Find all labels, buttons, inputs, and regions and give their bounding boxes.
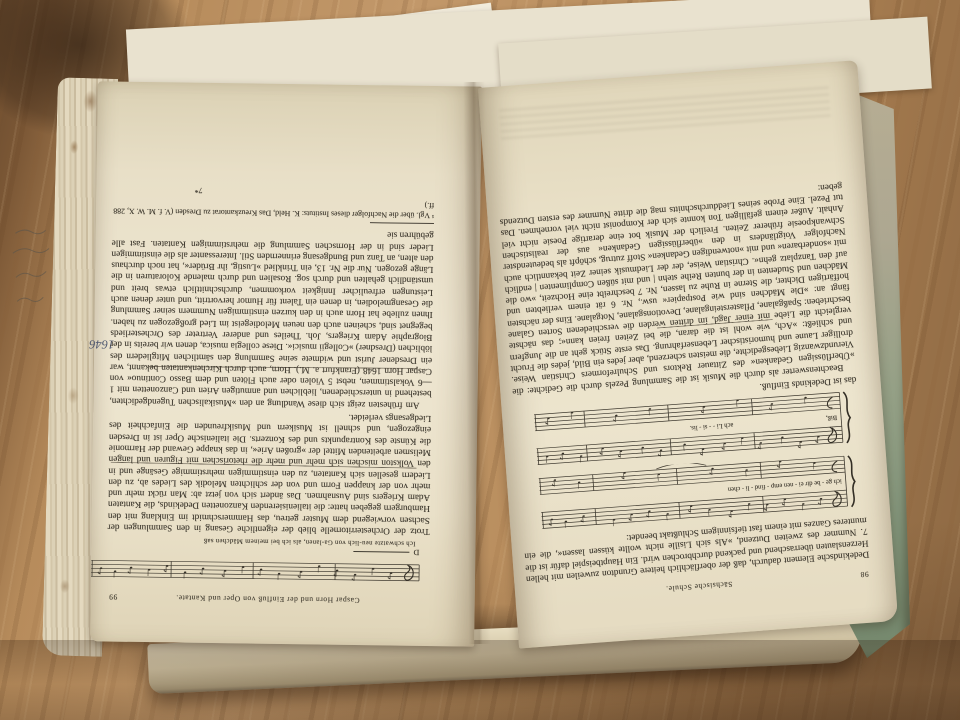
footnote-block: ¹ Vgl. über die Nachfolger dieses Instit… — [112, 196, 434, 224]
bass-clef-icon — [825, 397, 834, 409]
book-page-99: 1646 Caspar Horn und der Einfluß von Ope… — [90, 81, 482, 646]
running-head: Caspar Horn und der Einfluß von Oper und… — [107, 593, 429, 606]
music-staff-svg: ♪♩♪♪♩♪♩♪♩♪♪♩♪♩♪♩♪ — [89, 554, 423, 587]
book-page-98: 98 Sächsische Schule. Dedekindsche Eleme… — [478, 60, 898, 648]
lyric-carry-text: Biß, — [825, 413, 837, 421]
photo-of-open-book: 1646 Caspar Horn und der Einfluß von Ope… — [0, 0, 960, 720]
voice-label: D — [414, 548, 420, 557]
wood-table-bottom — [0, 640, 960, 720]
signature-mark: 7* — [112, 184, 202, 194]
footnote-rule — [370, 222, 434, 224]
extender-dash — [354, 551, 410, 553]
running-head-row: Caspar Horn und der Einfluß von Oper und… — [107, 589, 429, 606]
bass-clef-icon — [829, 461, 838, 473]
music-notes: ♪♩♪♪♩♪♩♪♩♪♪♩♪♩♪♩♪ — [97, 559, 393, 582]
page-number: 99 — [109, 593, 118, 602]
page-98-content: 98 Sächsische Schule. Dedekindsche Eleme… — [478, 60, 898, 648]
lyric-text: ach Li - - si - lis. — [689, 421, 734, 431]
footnote-text: ¹ Vgl. über die Nachfolger dieses Instit… — [112, 196, 434, 220]
body-paragraph: Beachtenswerter als durch die Musik ist … — [499, 180, 856, 397]
page-number: 98 — [860, 570, 869, 580]
page-99-content: Caspar Horn und der Einfluß von Oper und… — [90, 81, 482, 646]
marginalia-scribble — [2, 219, 66, 333]
body-paragraph: Trotz der Orchesterritornelle blieb der … — [108, 408, 432, 537]
body-paragraph: Am frühesten zeigt sich diese Wandlung a… — [109, 226, 433, 411]
